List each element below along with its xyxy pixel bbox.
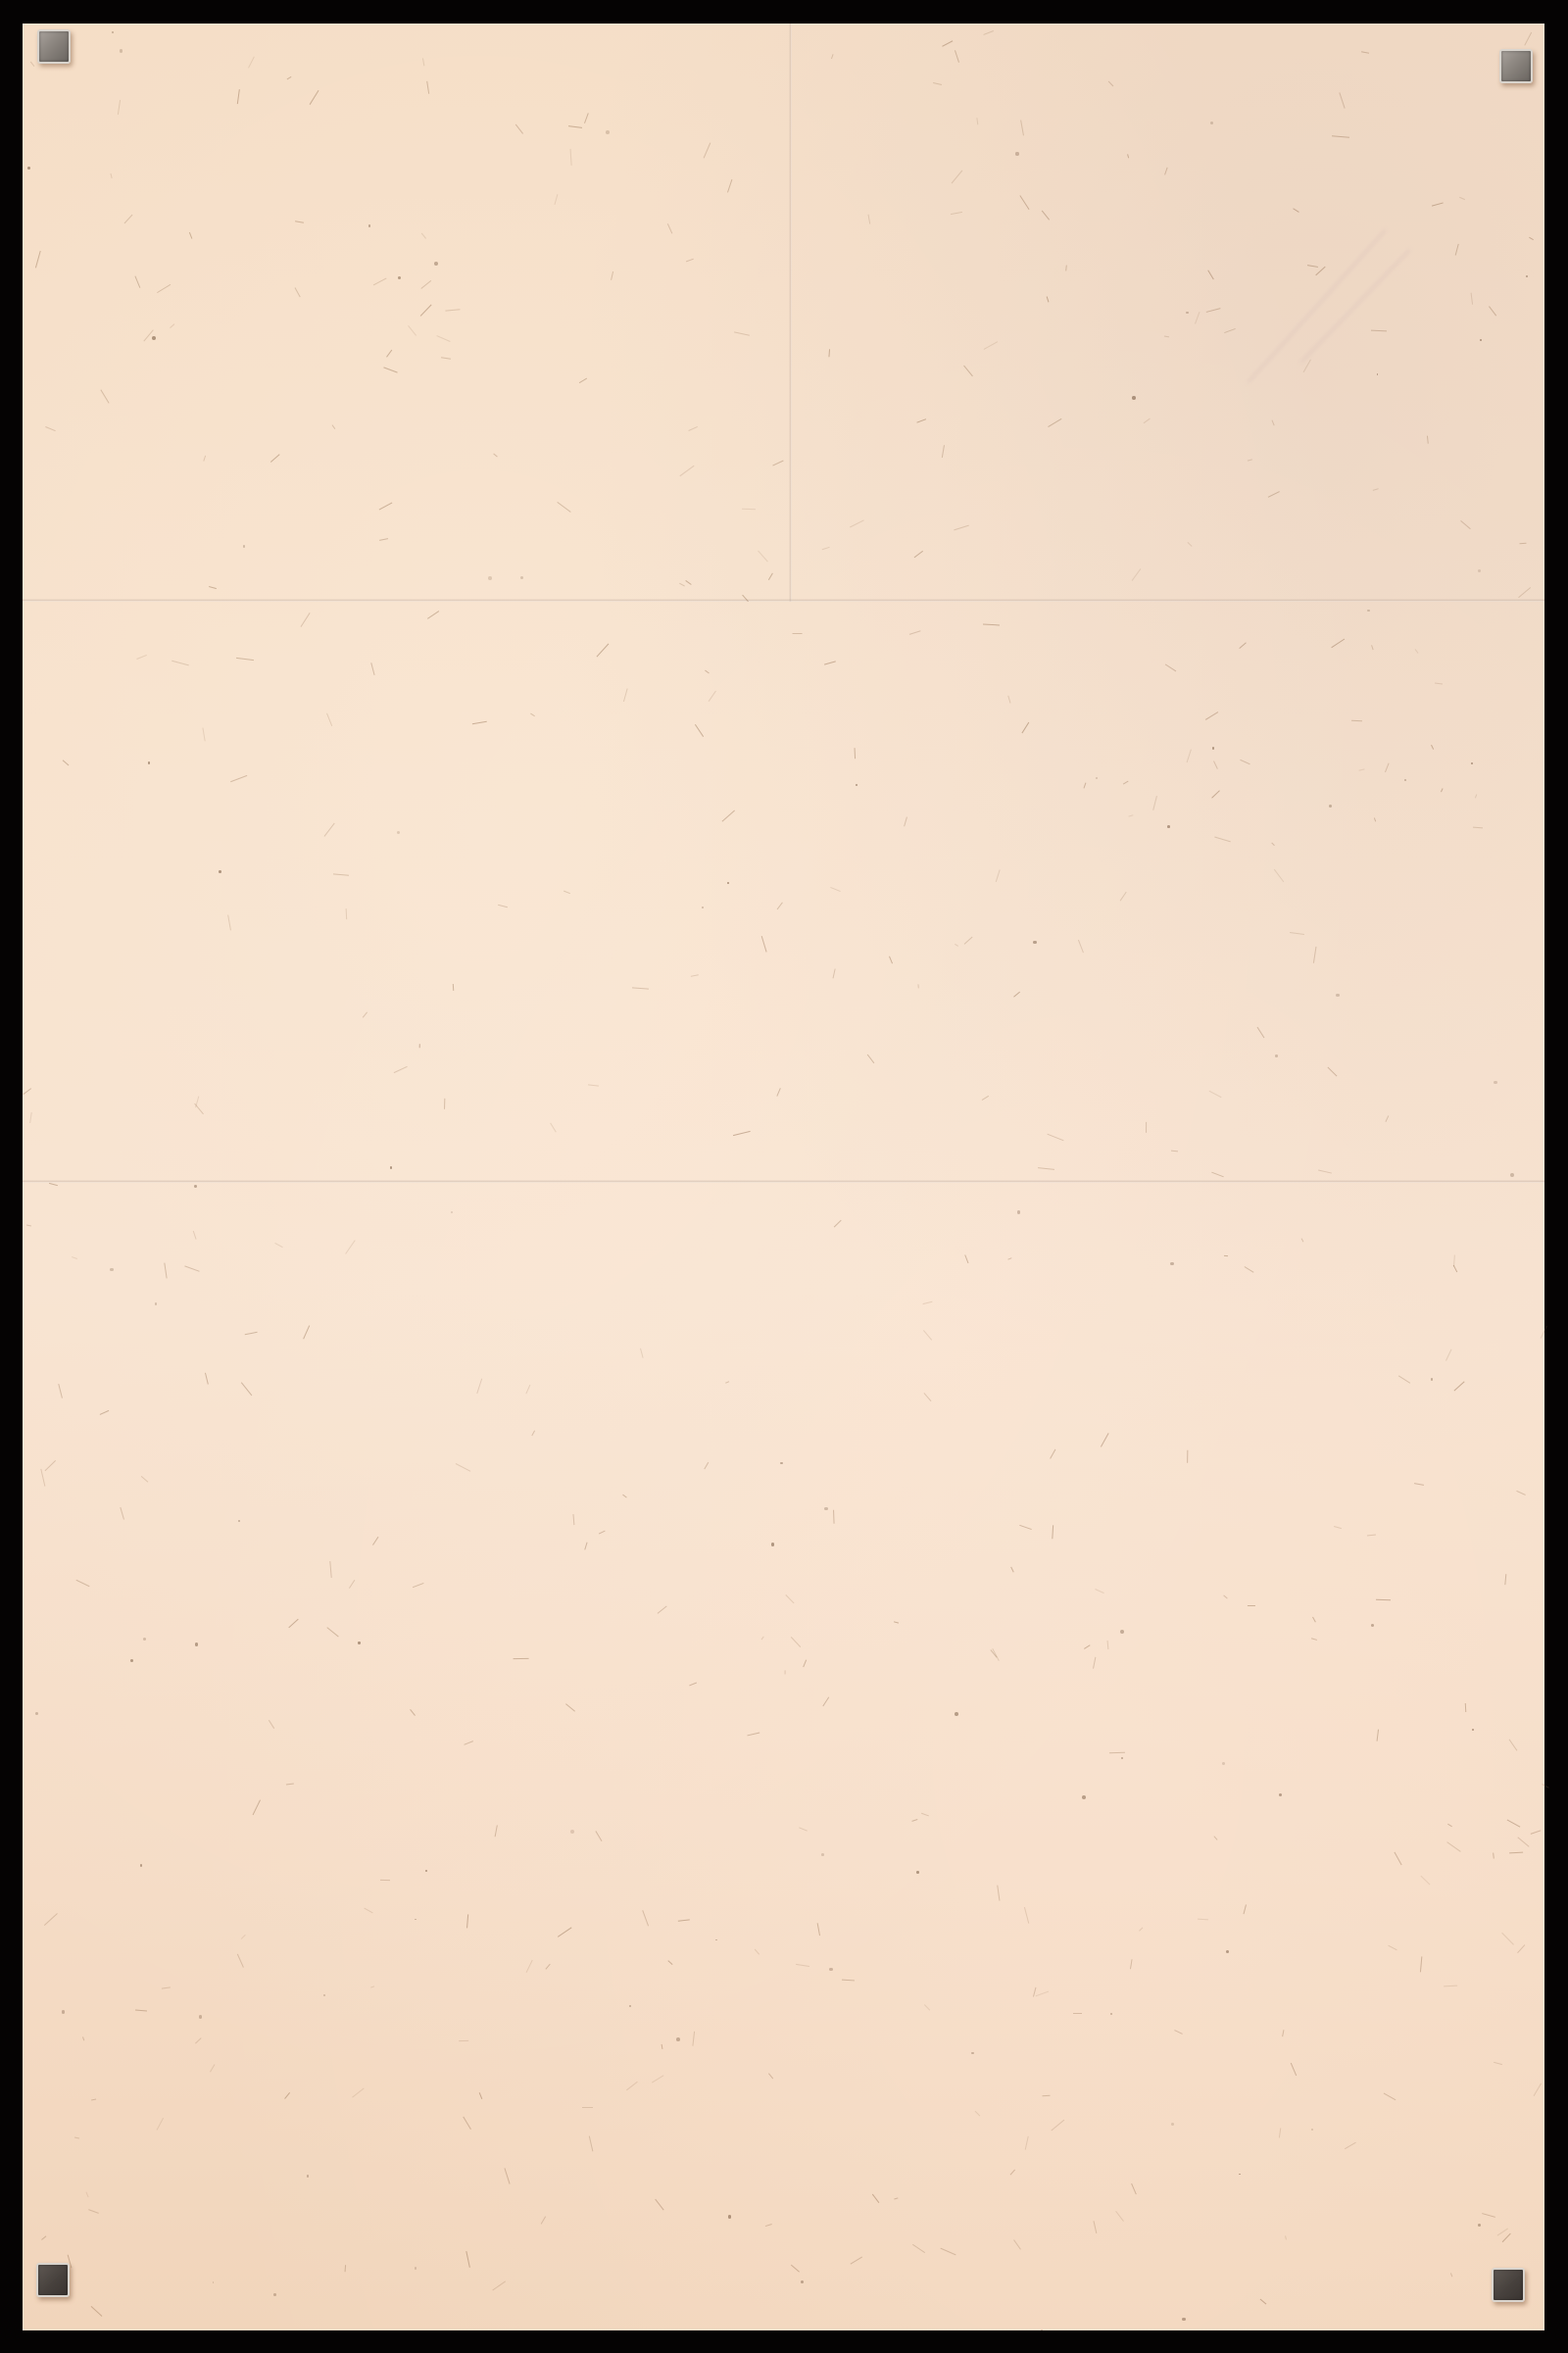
paper-fiber (993, 1648, 1000, 1661)
paper-fiber (326, 713, 332, 727)
paper-fiber (1432, 202, 1444, 206)
paper-fiber (933, 82, 942, 85)
paper-fiber (1038, 1167, 1054, 1170)
paper-speck (570, 1830, 574, 1834)
paper-fiber (44, 1913, 58, 1926)
paper-fiber (1051, 2120, 1064, 2131)
paper-fiber (1509, 1852, 1523, 1854)
paper-fiber (893, 2198, 897, 2200)
paper-fiber (1127, 154, 1129, 158)
paper-fiber (1248, 1605, 1255, 1606)
paper-speck (1311, 2129, 1313, 2131)
paper-speck (1041, 2329, 1043, 2331)
paper-fiber (584, 113, 589, 123)
paper-fiber (1195, 312, 1200, 324)
paper-fiber (831, 54, 833, 59)
paper-fiber (582, 2107, 593, 2108)
paper-fiber (1315, 267, 1325, 275)
paper-fiber (589, 2135, 594, 2151)
paper-fiber (1022, 721, 1030, 732)
paper-fiber (793, 633, 803, 634)
paper-speck (1120, 1630, 1124, 1634)
paper-speck (1275, 1054, 1278, 1057)
diagonal-crease-mark (1300, 249, 1411, 363)
paper-fiber (1529, 237, 1534, 240)
paper-fiber (120, 1507, 124, 1520)
paper-fiber (963, 366, 973, 376)
paper-fiber (558, 1927, 571, 1936)
paper-fiber (760, 936, 766, 953)
paper-fiber (850, 2257, 861, 2265)
paper-fiber (478, 2092, 482, 2099)
paper-fiber (1489, 306, 1496, 316)
paper-speck (1336, 994, 1340, 998)
paper-fiber (1007, 696, 1010, 704)
paper-fiber (1214, 837, 1231, 843)
paper-fiber (123, 215, 132, 224)
paper-fiber (386, 350, 392, 358)
paper-fiber (1043, 2095, 1051, 2097)
paper-fiber (748, 1732, 760, 1736)
paper-fiber (923, 1330, 932, 1341)
paper-fiber (568, 125, 582, 128)
paper-fiber (1294, 209, 1299, 213)
paper-fiber (1211, 1171, 1223, 1177)
paper-fiber (1431, 745, 1434, 750)
paper-fiber (622, 1495, 626, 1498)
paper-fiber (1367, 1535, 1376, 1537)
paper-speck (916, 1871, 919, 1874)
paper-fiber (727, 179, 732, 192)
paper-speck (1015, 152, 1018, 155)
paper-fiber (1533, 2083, 1542, 2097)
paper-fiber (1175, 2030, 1184, 2034)
paper-fiber (1291, 2063, 1297, 2076)
paper-fiber (1239, 642, 1246, 648)
paper-fiber (1207, 270, 1214, 280)
paper-fiber (1042, 211, 1050, 221)
paper-speck (1239, 2174, 1241, 2176)
paper-fiber (252, 1799, 261, 1815)
paper-fiber (889, 956, 893, 964)
paper-fiber (1351, 719, 1362, 721)
paper-fiber (755, 1948, 759, 1954)
paper-speck (702, 907, 704, 908)
paper-fiber (40, 1469, 45, 1486)
paper-fiber (791, 1637, 801, 1647)
paper-speck (1478, 569, 1481, 572)
paper-fiber (1243, 1904, 1247, 1914)
paper-fiber (1165, 663, 1177, 671)
paper-fiber (99, 1410, 109, 1415)
paper-fiber (1123, 781, 1128, 785)
paper-fiber (588, 1084, 599, 1086)
paper-fiber (667, 223, 673, 234)
paper-fiber (1007, 1257, 1011, 1260)
paper-speck (110, 1268, 114, 1272)
paper-fiber (1507, 1819, 1520, 1827)
paper-fiber (940, 2247, 955, 2255)
paper-fiber (1301, 1239, 1304, 1243)
paper-fiber (1107, 1641, 1109, 1649)
paper-speck (152, 336, 156, 340)
paper-fiber (333, 874, 349, 876)
paper-fiber (1206, 308, 1220, 313)
paper-fiber (1483, 2213, 1496, 2218)
horizontal-fold-line-lower (23, 1180, 1544, 1183)
paper-speck (821, 1853, 824, 1856)
paper-fiber (1394, 1852, 1401, 1866)
paper-fiber (287, 76, 291, 79)
paper-speck (1212, 747, 1215, 750)
paper-fiber (344, 2265, 346, 2272)
paper-fiber (1073, 2013, 1082, 2014)
paper-fiber (274, 1243, 282, 1248)
paper-fiber (353, 2087, 365, 2097)
paper-speck (1170, 1262, 1174, 1266)
paper-fiber (24, 1088, 31, 1095)
paper-fiber (1213, 760, 1218, 768)
paper-speck (520, 576, 524, 580)
paper-speck (1480, 339, 1482, 341)
paper-fiber (436, 335, 450, 342)
paper-fiber (134, 275, 140, 287)
paper-fiber (1197, 1919, 1207, 1921)
paper-fiber (495, 1825, 498, 1837)
paper-speck (727, 882, 729, 884)
paper-fiber (1271, 419, 1274, 425)
paper-fiber (1414, 649, 1418, 654)
paper-fiber (1311, 1639, 1317, 1642)
paper-fiber (270, 454, 279, 462)
paper-fiber (379, 502, 393, 510)
paper-speck (1096, 777, 1098, 779)
paper-fiber (514, 1657, 529, 1658)
paper-fiber (1214, 1836, 1218, 1839)
paper-fiber (74, 2137, 79, 2139)
paper-fiber (742, 509, 756, 511)
paper-fiber (210, 2065, 216, 2073)
paper-fiber (558, 502, 571, 513)
paper-fiber (1345, 2141, 1356, 2149)
paper-fiber (1398, 1375, 1410, 1383)
paper-fiber (1212, 791, 1221, 799)
paper-fiber (413, 1583, 423, 1588)
paper-fiber (1312, 1617, 1316, 1623)
paper-fiber (371, 662, 375, 675)
paper-fiber (685, 580, 691, 585)
paper-fiber (546, 1964, 551, 1970)
paper-speck (1033, 941, 1036, 944)
paper-fiber (1331, 639, 1345, 649)
paper-fiber (623, 688, 628, 702)
paper-fiber (679, 466, 694, 476)
paper-fiber (692, 2032, 695, 2046)
magnet-bottom-left (36, 2263, 70, 2297)
paper-fiber (410, 1709, 416, 1716)
paper-fiber (894, 1622, 899, 1624)
paper-fiber (578, 378, 587, 384)
paper-fiber (785, 1670, 786, 1674)
paper-fiber (776, 903, 782, 910)
paper-speck (829, 1968, 833, 1972)
paper-fiber (1146, 1122, 1147, 1133)
paper-fiber (363, 1012, 367, 1018)
paper-fiber (310, 90, 319, 105)
paper-fiber (189, 232, 193, 239)
paper-fiber (1282, 2030, 1284, 2036)
paper-speck (1279, 1793, 1282, 1796)
paper-fiber (420, 304, 432, 316)
paper-fiber (1047, 1134, 1063, 1142)
paper-fiber (245, 1332, 258, 1335)
paper-fiber (295, 288, 301, 298)
paper-speck (629, 2005, 631, 2007)
paper-fiber (1209, 1090, 1222, 1098)
paper-fiber (1065, 266, 1067, 271)
paper-fiber (1334, 1526, 1342, 1529)
paper-fiber (912, 2244, 925, 2253)
paper-fiber (1205, 711, 1218, 720)
paper-fiber (658, 1606, 667, 1614)
paper-fiber (164, 1263, 167, 1279)
paper-fiber (1048, 417, 1062, 426)
paper-fiber (464, 1741, 473, 1746)
paper-fiber (800, 1827, 808, 1831)
paper-fiber (300, 613, 310, 627)
paper-fiber (824, 662, 836, 665)
paper-fiber (1359, 769, 1365, 771)
paper-speck (199, 2015, 202, 2018)
paper-fiber (596, 643, 609, 657)
paper-fiber (1459, 196, 1465, 199)
paper-fiber (1035, 1990, 1049, 1996)
paper-fiber (803, 1660, 807, 1668)
paper-speck (1171, 2123, 1174, 2126)
paper-fiber (822, 547, 830, 550)
paper-fiber (828, 350, 830, 358)
paper-fiber (515, 123, 523, 133)
paper-fiber (134, 2010, 146, 2012)
paper-fiber (29, 1112, 32, 1123)
paper-fiber (492, 2280, 506, 2290)
paper-fiber (1450, 2273, 1453, 2277)
paper-fiber (955, 51, 959, 64)
paper-fiber (1140, 1928, 1144, 1932)
paper-fiber (1224, 328, 1236, 333)
paper-fiber (842, 1980, 855, 1982)
paper-fiber (833, 1510, 835, 1524)
paper-speck (1377, 373, 1379, 375)
paper-fiber (1420, 1876, 1430, 1886)
paper-fiber (1132, 2183, 1138, 2194)
paper-fiber (1384, 2093, 1396, 2101)
paper-fiber (704, 142, 711, 158)
paper-fiber (796, 1964, 809, 1967)
paper-fiber (1524, 31, 1532, 44)
paper-fiber (58, 1383, 63, 1397)
paper-fiber (171, 323, 175, 328)
paper-fiber (1502, 1933, 1515, 1945)
paper-fiber (1248, 459, 1252, 461)
paper-fiber (964, 1254, 968, 1262)
paper-fiber (773, 460, 784, 466)
paper-fiber (143, 329, 153, 341)
paper-fiber (954, 525, 969, 531)
paper-fiber (563, 891, 570, 895)
paper-fiber (110, 173, 112, 178)
paper-fiber (72, 1256, 77, 1259)
paper-fiber (472, 721, 487, 724)
paper-fiber (370, 1985, 374, 1987)
paper-fiber (1518, 587, 1531, 598)
paper-fiber (1259, 2299, 1266, 2305)
paper-fiber (441, 357, 451, 359)
paper-fiber (640, 1348, 643, 1357)
paper-speck (358, 1642, 360, 1643)
paper-fiber (1446, 1841, 1460, 1852)
paper-fiber (768, 2073, 773, 2079)
paper-fiber (331, 424, 334, 428)
paper-fiber (1093, 2221, 1097, 2233)
paper-fiber (990, 1650, 997, 1658)
paper-speck (27, 167, 30, 170)
paper-fiber (924, 2004, 931, 2011)
paper-fiber (661, 2044, 662, 2049)
paper-fiber (1271, 842, 1275, 846)
paper-fiber (156, 2118, 164, 2131)
paper-fiber (1303, 360, 1311, 373)
paper-fiber (1542, 1784, 1549, 1789)
paper-fiber (981, 1096, 989, 1101)
paper-fiber (626, 2081, 638, 2089)
paper-speck (955, 1712, 958, 1716)
paper-fiber (668, 1960, 673, 1965)
magnet-bottom-right (1492, 2268, 1525, 2302)
paper-fiber (823, 1697, 830, 1707)
paper-speck (213, 2281, 215, 2283)
paper-fiber (1373, 489, 1379, 492)
paper-fiber (1435, 683, 1443, 685)
paper-fiber (193, 1231, 197, 1240)
paper-fiber (393, 1066, 407, 1073)
paper-speck (238, 1520, 240, 1522)
paper-fiber (1033, 1986, 1036, 1996)
paper-fiber (708, 690, 715, 702)
paper-fiber (765, 2224, 772, 2227)
magnet-top-left (37, 29, 71, 64)
paper-fiber (550, 1122, 557, 1132)
paper-fiber (554, 194, 558, 205)
paper-speck (1110, 2013, 1113, 2016)
paper-speck (219, 870, 221, 873)
paper-speck (771, 1543, 774, 1545)
paper-speck (155, 1302, 158, 1305)
vertical-fold-line (789, 24, 792, 602)
paper-speck (120, 49, 122, 52)
paper-fiber (1010, 1566, 1013, 1572)
paper-fiber (830, 887, 841, 892)
paper-fiber (205, 1373, 209, 1385)
paper-fiber (1318, 1169, 1331, 1173)
paper-speck (488, 576, 492, 580)
paper-fiber (63, 760, 70, 765)
paper-speck (1494, 1081, 1497, 1085)
paper-speck (307, 2175, 310, 2178)
paper-fiber (573, 1514, 575, 1525)
paper-fiber (917, 984, 918, 988)
paper-fiber (680, 583, 685, 586)
poster-sheet (23, 24, 1544, 2330)
paper-fiber (157, 283, 171, 292)
paper-speck (1017, 1210, 1021, 1214)
paper-fiber (237, 89, 240, 104)
paper-fiber (45, 1460, 56, 1471)
paper-speck (1478, 2224, 1481, 2227)
paper-speck (323, 1994, 325, 1996)
paper-fiber (1224, 1255, 1228, 1256)
paper-fiber (82, 2036, 84, 2040)
paper-fiber (1171, 1151, 1178, 1152)
paper-fiber (1019, 195, 1029, 210)
paper-fiber (742, 595, 749, 603)
paper-fiber (1256, 1027, 1264, 1038)
paper-speck (1371, 1624, 1374, 1627)
paper-fiber (1531, 1830, 1541, 1834)
paper-fiber (526, 1385, 531, 1394)
paper-speck (1404, 779, 1406, 781)
paper-fiber (569, 149, 571, 166)
paper-fiber (345, 908, 347, 919)
paper-fiber (1470, 293, 1472, 305)
paper-fiber (1517, 1945, 1525, 1954)
paper-speck (415, 2267, 417, 2270)
paper-fiber (642, 1910, 649, 1927)
paper-fiber (464, 2116, 472, 2130)
paper-fiber (209, 586, 216, 589)
paper-fiber (1374, 817, 1376, 821)
paper-fiber (1268, 491, 1280, 498)
paper-fiber (140, 1476, 148, 1483)
paper-fiber (420, 233, 425, 239)
paper-fiber (1245, 1266, 1254, 1273)
paper-fiber (1019, 1524, 1032, 1529)
paper-fiber (289, 1619, 299, 1628)
paper-fiber (466, 1914, 468, 1928)
paper-fiber (909, 630, 920, 634)
paper-fiber (504, 2168, 510, 2184)
paper-fiber (1084, 782, 1087, 788)
paper-fiber (951, 212, 962, 215)
paper-fiber (1386, 1116, 1390, 1123)
paper-fiber (1025, 2135, 1029, 2148)
paper-fiber (1445, 1349, 1451, 1361)
paper-fiber (1223, 1594, 1227, 1598)
paper-fiber (767, 572, 772, 580)
paper-fiber (1493, 1853, 1494, 1859)
paper-fiber (974, 2111, 979, 2116)
paper-speck (1367, 610, 1369, 612)
paper-fiber (1010, 2170, 1015, 2176)
paper-fiber (327, 1628, 340, 1639)
paper-fiber (137, 655, 148, 660)
paper-fiber (1188, 542, 1193, 547)
paper-fiber (100, 389, 109, 403)
paper-fiber (1376, 1599, 1391, 1601)
paper-fiber (1274, 869, 1284, 882)
paper-fiber (477, 1379, 483, 1395)
paper-speck (112, 31, 114, 33)
